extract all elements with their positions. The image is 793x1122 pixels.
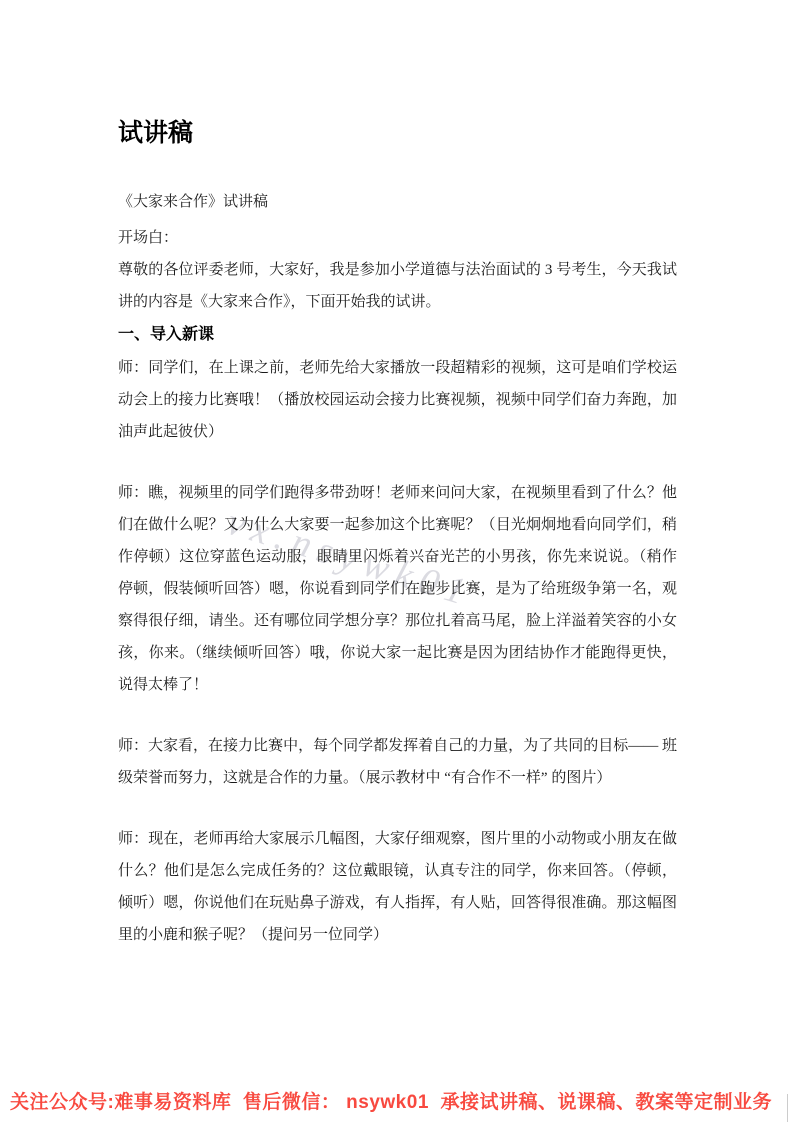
document-page: vx.nsywk01 试讲稿 《大家来合作》试讲稿 开场白： 尊敬的各位评委老师…: [0, 0, 793, 1122]
footer-promo-text: 关注公众号:难事易资料库 售后微信： nsywk01 承接试讲稿、说课稿、教案等…: [10, 1087, 772, 1114]
page-title: 试讲稿: [118, 116, 677, 150]
section-heading-lead-in: 一、导入新课: [118, 320, 677, 350]
speech-paragraph: 师：现在，老师再给大家展示几幅图，大家仔细观察，图片里的小动物或小朋友在做什么？…: [118, 823, 677, 951]
opening-label: 开场白：: [118, 222, 677, 254]
document-subtitle: 《大家来合作》试讲稿: [118, 186, 677, 218]
speech-paragraph: 师：瞧，视频里的同学们跑得多带劲呀！老师来问问大家，在视频里看到了什么？他们在做…: [118, 477, 677, 701]
speech-paragraph: 师：大家看，在接力比赛中，每个同学都发挥着自己的力量，为了共同的目标—— 班级荣…: [118, 730, 677, 794]
speech-paragraph: 师：同学们，在上课之前，老师先给大家播放一段超精彩的视频，这可是咱们学校运动会上…: [118, 352, 677, 448]
scrollbar-corner[interactable]: [787, 1094, 793, 1122]
document-content: 试讲稿 《大家来合作》试讲稿 开场白： 尊敬的各位评委老师，大家好，我是参加小学…: [0, 0, 793, 951]
opening-paragraph: 尊敬的各位评委老师，大家好，我是参加小学道德与法治面试的 3 号考生，今天我试讲…: [118, 254, 677, 318]
